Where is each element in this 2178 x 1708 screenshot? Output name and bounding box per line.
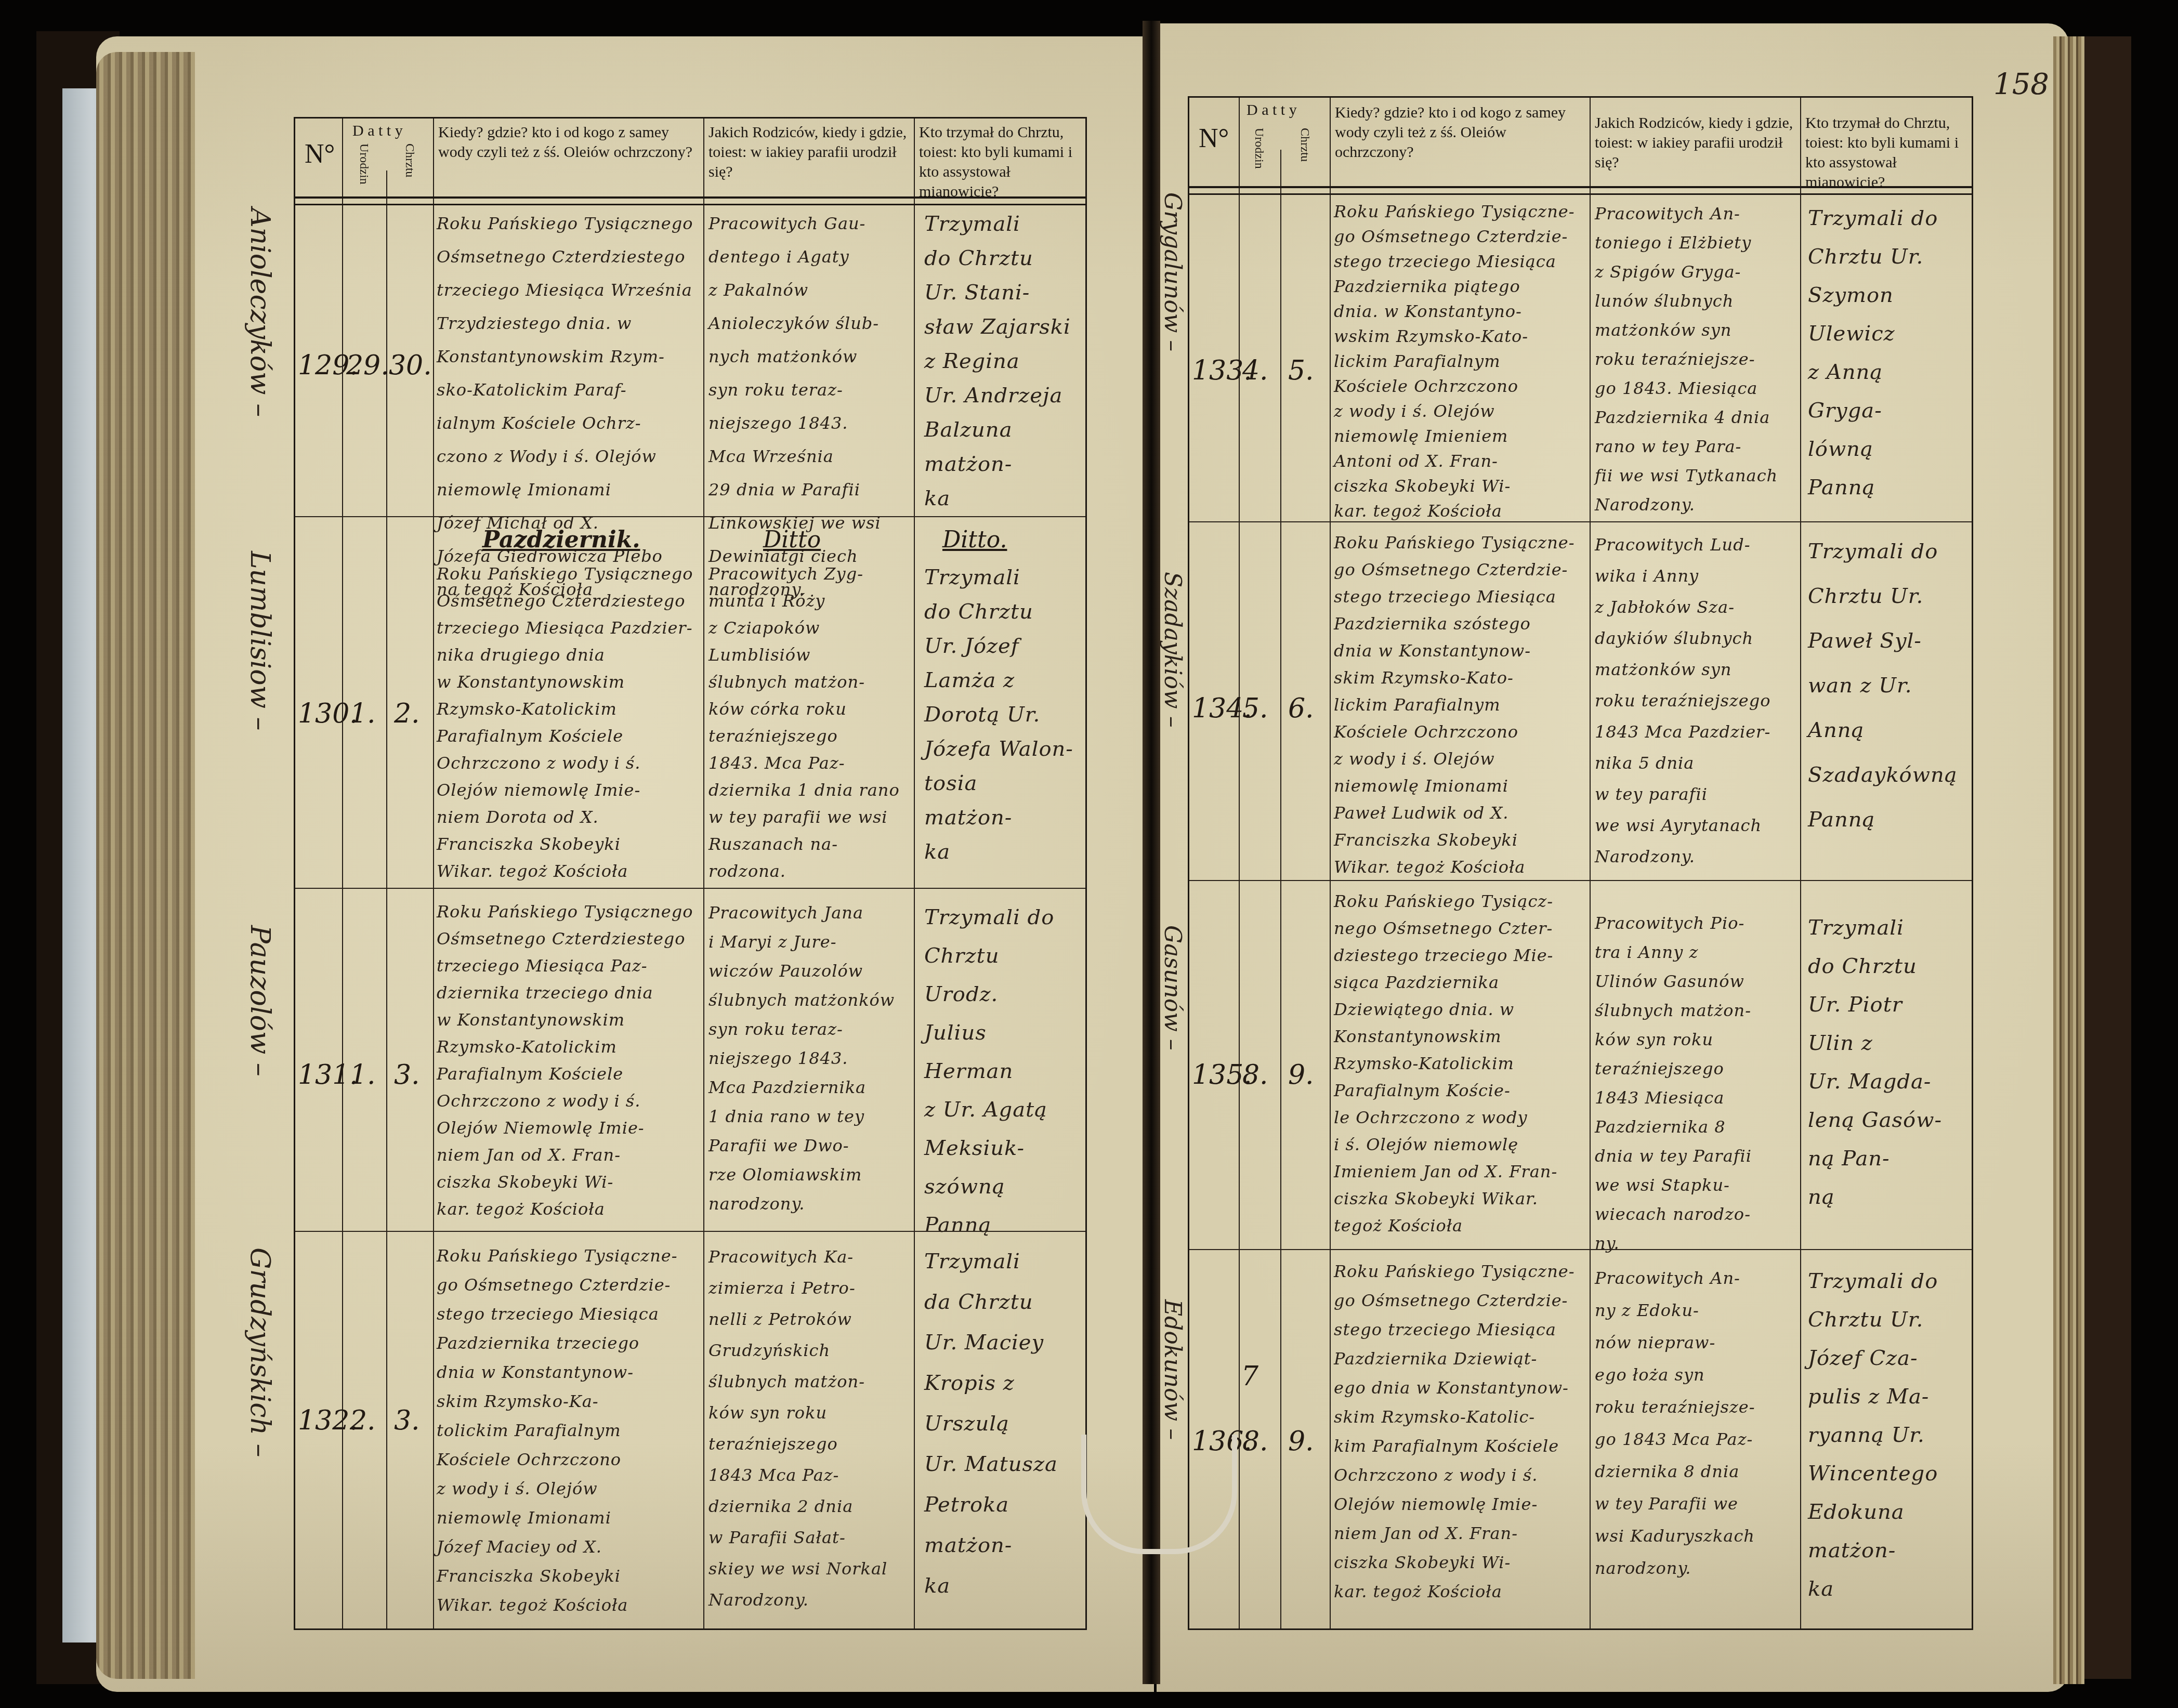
right-page-edges — [2053, 36, 2084, 1684]
baptism-details: Roku Pańskiego Tysiączne- go Ośmsetnego … — [1334, 529, 1589, 881]
parents-details: Pracowitych An- toniego i Elżbiety z Spi… — [1595, 199, 1797, 519]
col-divider — [703, 119, 704, 1628]
parents-details: Pracowitych Jana i Maryi z Jure- wiczów … — [708, 898, 911, 1218]
col-divider — [342, 119, 343, 1628]
entry-number: 132. — [298, 1405, 358, 1436]
header-kto-trzymal: Kto trzymał do Chrztu, toiest: kto byli … — [1805, 113, 1966, 192]
birth-day: 2. — [350, 1405, 376, 1436]
col-divider — [1280, 150, 1281, 1628]
header-kiedy: Kiedy? gdzie? kto i od kogo z samey wody… — [1335, 103, 1584, 162]
margin-surname: Anioleczyków – — [244, 208, 275, 417]
entry-number: 130. — [298, 698, 358, 729]
baptism-details: Roku Pańskiego Tysiącz- nego Ośmsetnego … — [1334, 888, 1589, 1239]
parents-details: Pracowitych Pio- tra i Anny z Ulinów Gas… — [1595, 909, 1797, 1258]
header-kto-trzymal: Kto trzymał do Chrztu, toiest: kto byli … — [919, 123, 1080, 202]
col-divider — [433, 119, 434, 1628]
baptism-day: 3. — [394, 1059, 420, 1091]
baptism-details: Roku Pańskiego Tysiącznego Ośmsetnego Cz… — [437, 560, 702, 885]
baptism-day: 3. — [394, 1405, 420, 1436]
parents-details: Pracowitych Ka- zimierza i Petro- nelli … — [708, 1241, 911, 1615]
row-divider — [1189, 1249, 1972, 1250]
margin-surname: Pauzolów – — [244, 925, 275, 1076]
binding-string — [1081, 1435, 1237, 1554]
left-page-edges — [96, 52, 195, 1679]
col-divider — [1330, 98, 1331, 1628]
baptism-details: Roku Pańskiego Tysiącznego Ośmsetnego Cz… — [437, 898, 702, 1223]
header-rodzicow: Jakich Rodziców, kiedy i gdzie, toiest: … — [708, 123, 909, 182]
header-urodzin: Urodzin — [357, 143, 371, 185]
godparents-details: Trzymali do Chrztu Ur. Józef Cza- pulis … — [1808, 1262, 1964, 1608]
birth-day: 1. — [350, 1059, 376, 1091]
birth-day: 8. — [1242, 1426, 1268, 1457]
godparents-details: Trzymali do Chrztu Ur. Szymon Ulewicz z … — [1808, 199, 1964, 507]
col-divider — [914, 119, 915, 1628]
birth-day: 4. — [1242, 355, 1268, 386]
baptism-day: 9. — [1288, 1426, 1314, 1457]
parents-details: Pracowitych An- ny z Edoku- nów niepraw-… — [1595, 1262, 1797, 1584]
col-divider — [1800, 98, 1801, 1628]
margin-surname: Lumblisiow – — [244, 551, 275, 731]
ditto-mark: Ditto — [763, 527, 821, 553]
baptism-day: 2. — [394, 698, 420, 729]
header-rodzicow: Jakich Rodziców, kiedy i gdzie, toiest: … — [1595, 113, 1795, 173]
godparents-details: Trzymali do Chrztu Ur. Stani- sław Zajar… — [924, 207, 1080, 516]
birth-day: 29. — [346, 350, 389, 381]
baptism-details: Roku Pańskiego Tysiączne- go Ośmsetnego … — [1334, 1257, 1589, 1606]
godparents-details: Trzymali do Chrztu Ur. Paweł Syl- wan z … — [1808, 529, 1964, 842]
baptism-day: 30. — [389, 350, 432, 381]
page-number: 158 — [1993, 68, 2049, 101]
margin-surname: Grygalunów – — [1159, 192, 1186, 351]
header-datty: D a t t y — [352, 121, 403, 141]
col-divider — [386, 170, 387, 1628]
margin-surname: Edokunów – — [1159, 1299, 1186, 1440]
birth-day: 8. — [1242, 1059, 1268, 1091]
header-kiedy: Kiedy? gdzie? kto i od kogo z samey wody… — [438, 123, 698, 162]
baptism-day: 6. — [1288, 693, 1314, 724]
left-register-table: N° D a t t y Urodzin Chrztu Kiedy? gdzie… — [294, 117, 1087, 1630]
row-divider — [295, 888, 1085, 889]
col-divider — [1239, 98, 1240, 1628]
baptism-details: Roku Pańskiego Tysiączne- go Ośmsetnego … — [1334, 199, 1589, 523]
margin-surname: Gasunów – — [1159, 925, 1186, 1050]
godparents-details: Trzymali da Chrztu Ur. Maciey Kropis z U… — [924, 1241, 1080, 1606]
header-no: N° — [1199, 129, 1229, 149]
header-datty: D a t t y — [1247, 100, 1297, 120]
birth-day: 5. — [1242, 693, 1268, 724]
baptism-details: Roku Pańskiego Tysiączne- go Ośmsetnego … — [437, 1241, 702, 1620]
godparents-details: Trzymali do Chrztu Ur. Józef Lamża z Dor… — [924, 560, 1080, 869]
birth-day: 1. — [350, 698, 376, 729]
parents-details: Pracowitych Zyg- munta i Róży z Cziapokó… — [708, 560, 911, 885]
ditto-mark: Ditto. — [942, 527, 1007, 553]
entry-number: 131. — [298, 1059, 358, 1091]
baptism-day: 9. — [1288, 1059, 1314, 1091]
parents-details: Pracowitych Lud- wika i Anny z Jabłoków … — [1595, 529, 1797, 872]
margin-surname: Grudzyńskich – — [244, 1247, 275, 1457]
right-register-table: N° D a t t y Urodzin Chrztu Kiedy? gdzie… — [1188, 96, 1973, 1630]
header-chrztu: Chrztu — [1297, 128, 1311, 162]
header-chrztu: Chrztu — [402, 143, 416, 177]
col-divider — [1590, 98, 1591, 1628]
birth-correction-note: 7 — [1241, 1361, 1258, 1392]
month-heading: Pazdziernik. — [482, 527, 640, 553]
header-no: N° — [305, 144, 335, 164]
baptism-day: 5. — [1288, 355, 1314, 386]
header-urodzin: Urodzin — [1252, 128, 1266, 169]
godparents-details: Trzymali do Chrztu Urodz. Julius Herman … — [924, 898, 1080, 1244]
godparents-details: Trzymali do Chrztu Ur. Piotr Ulin z Ur. … — [1808, 909, 1964, 1216]
margin-surname: Szadaykiów – — [1159, 572, 1186, 728]
